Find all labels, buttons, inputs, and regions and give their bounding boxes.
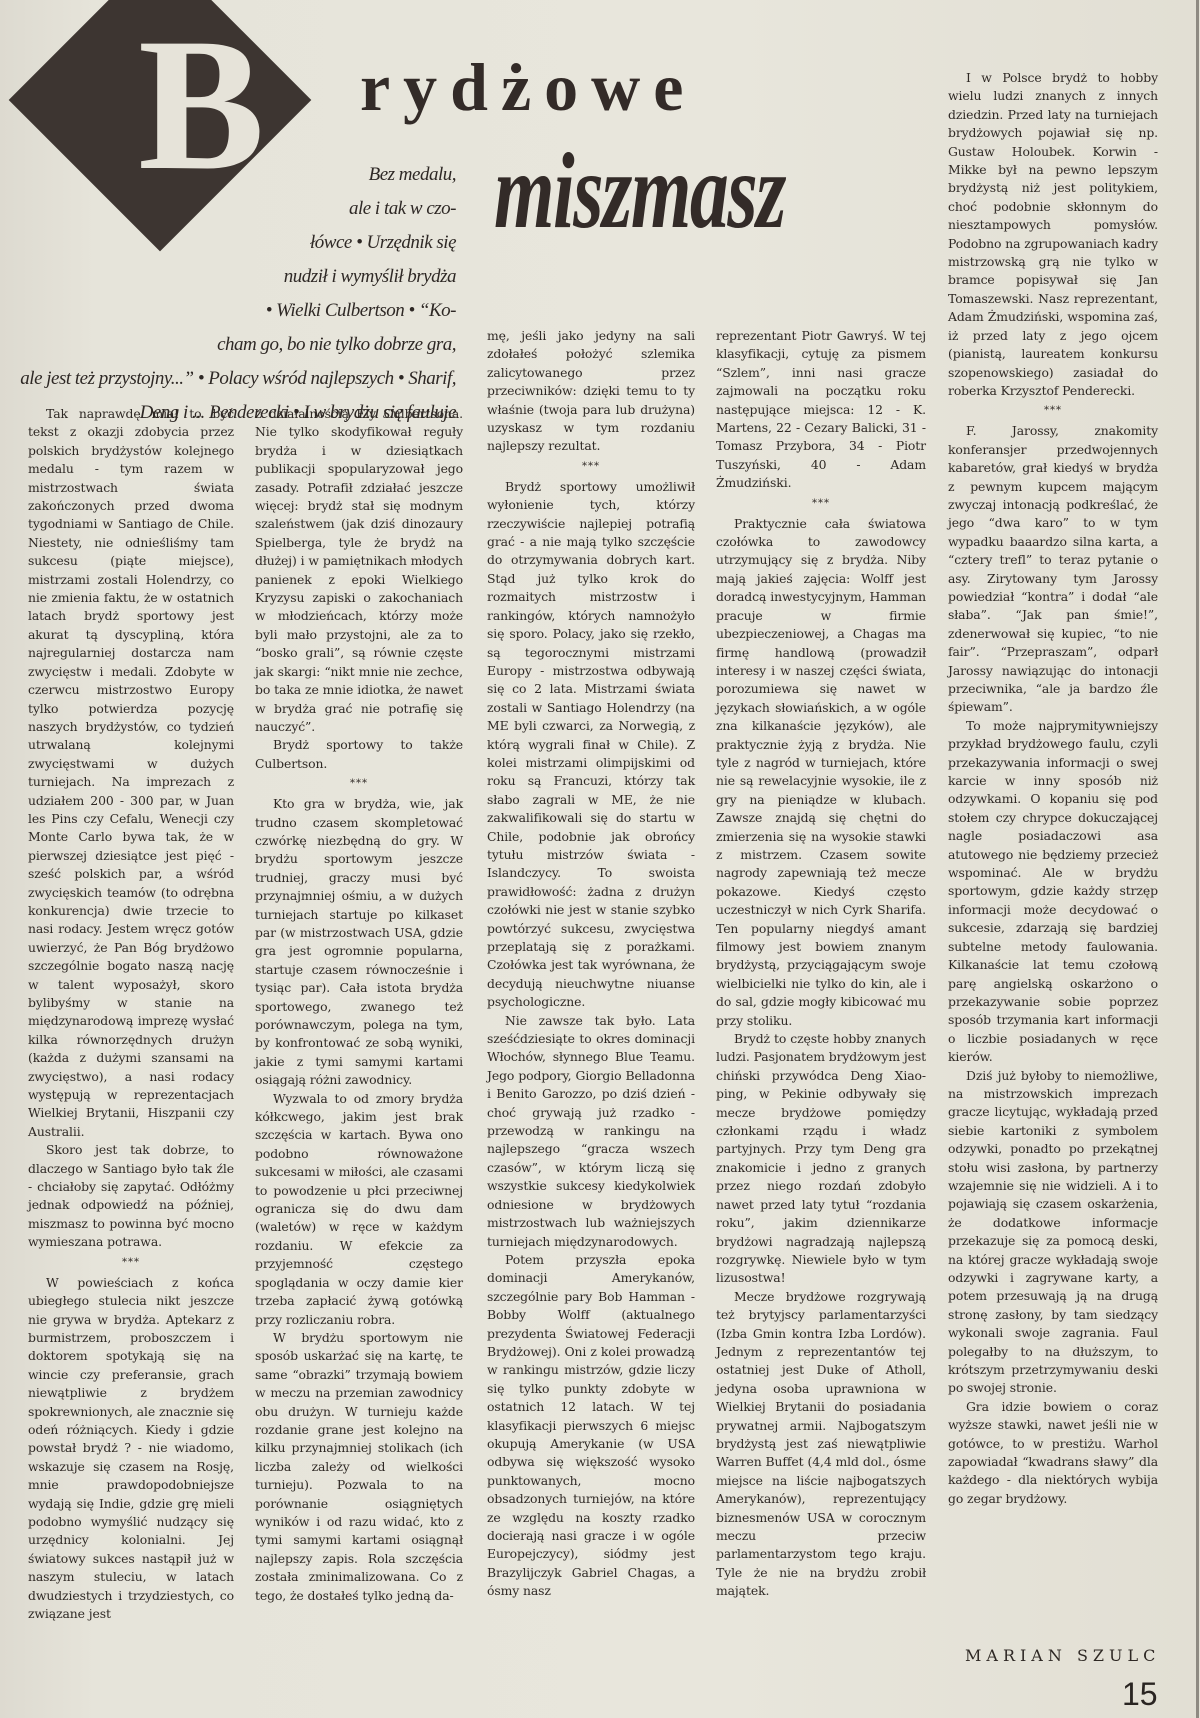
paragraph: Wyzwala to od zmory brydża kółkcwego, ja… [255, 1090, 463, 1329]
paragraph: Praktycznie cała światowa czołówka to za… [716, 515, 926, 1030]
paragraph: Brydż to częste hobby znanych ludzi. Pas… [716, 1030, 926, 1288]
magazine-page: B rydżowe miszmasz Bez medalu, ale i tak… [0, 0, 1199, 1718]
lead-line: ale jest też przystojny...” • Polacy wśr… [16, 362, 456, 396]
paragraph: Brydż sportowy umożliwił wyłonienie tych… [487, 478, 695, 1012]
paragraph: W brydżu sportowym nie sposób uskarżać s… [255, 1329, 463, 1605]
paragraph: Potem przyszła epoka dominacji Amerykanó… [487, 1251, 695, 1601]
paragraph: Brydż sportowy to także Culbertson. [255, 736, 463, 773]
paragraph: Tak naprawdę miał to być tekst z okazji … [28, 405, 234, 1141]
article-column-5: I w Polsce brydż to hobby wielu ludzi zn… [948, 69, 1158, 1508]
lead-line: łówce • Urzędnik się [16, 226, 456, 260]
paragraph: I w Polsce brydż to hobby wielu ludzi zn… [948, 69, 1158, 400]
lead-line: ale i tak w czo- [16, 192, 456, 226]
paragraph: Kto gra w brydża, wie, jak trudno czasem… [255, 795, 463, 1090]
title-line-1: rydżowe [360, 48, 696, 127]
section-separator: *** [487, 458, 695, 476]
article-column-4: reprezentant Piotr Gawryś. W tej klasyfi… [716, 327, 926, 1601]
author-byline: MARIAN SZULC [965, 1646, 1160, 1665]
article-column-1: Tak naprawdę miał to być tekst z okazji … [28, 405, 234, 1623]
section-separator: *** [28, 1254, 234, 1272]
lead-line: Bez medalu, [16, 158, 456, 192]
paragraph: Skoro jest tak dobrze, to dlaczego w San… [28, 1141, 234, 1251]
lead-summary: Bez medalu, ale i tak w czo- łówce • Urz… [16, 158, 456, 430]
lead-line: cham go, bo nie tylko dobrze gra, [16, 328, 456, 362]
paragraph: mę, jeśli jako jedyny na sali zdołałeś p… [487, 327, 695, 456]
title-line-2: miszmasz [494, 130, 785, 254]
paragraph: Mecze brydżowe rozgrywają też brytyjscy … [716, 1288, 926, 1601]
paragraph: Nie zawsze tak było. Lata sześćdziesiąte… [487, 1012, 695, 1251]
paragraph: z działalnością Ely Culbertsona. Nie tyl… [255, 405, 463, 736]
paragraph: To może najprymitywniejszy przykład bryd… [948, 717, 1158, 1067]
paragraph: F. Jarossy, znakomity konferansjer przed… [948, 422, 1158, 717]
article-column-3: mę, jeśli jako jedyny na sali zdołałeś p… [487, 327, 695, 1601]
paragraph: reprezentant Piotr Gawryś. W tej klasyfi… [716, 327, 926, 493]
section-separator: *** [255, 775, 463, 793]
paragraph: W powieściach z końca ubiegłego stulecia… [28, 1274, 234, 1624]
section-separator: *** [948, 402, 1158, 420]
lead-line: • Wielki Culbertson • “Ko- [16, 294, 456, 328]
section-separator: *** [716, 495, 926, 513]
paragraph: Gra idzie bowiem o coraz wyższe stawki, … [948, 1398, 1158, 1508]
article-column-2: z działalnością Ely Culbertsona. Nie tyl… [255, 405, 463, 1605]
lead-line: nudził i wymyślił brydża [16, 260, 456, 294]
page-number: 15 [1122, 1676, 1158, 1713]
paragraph: Dziś już byłoby to niemożliwe, na mistrz… [948, 1067, 1158, 1398]
